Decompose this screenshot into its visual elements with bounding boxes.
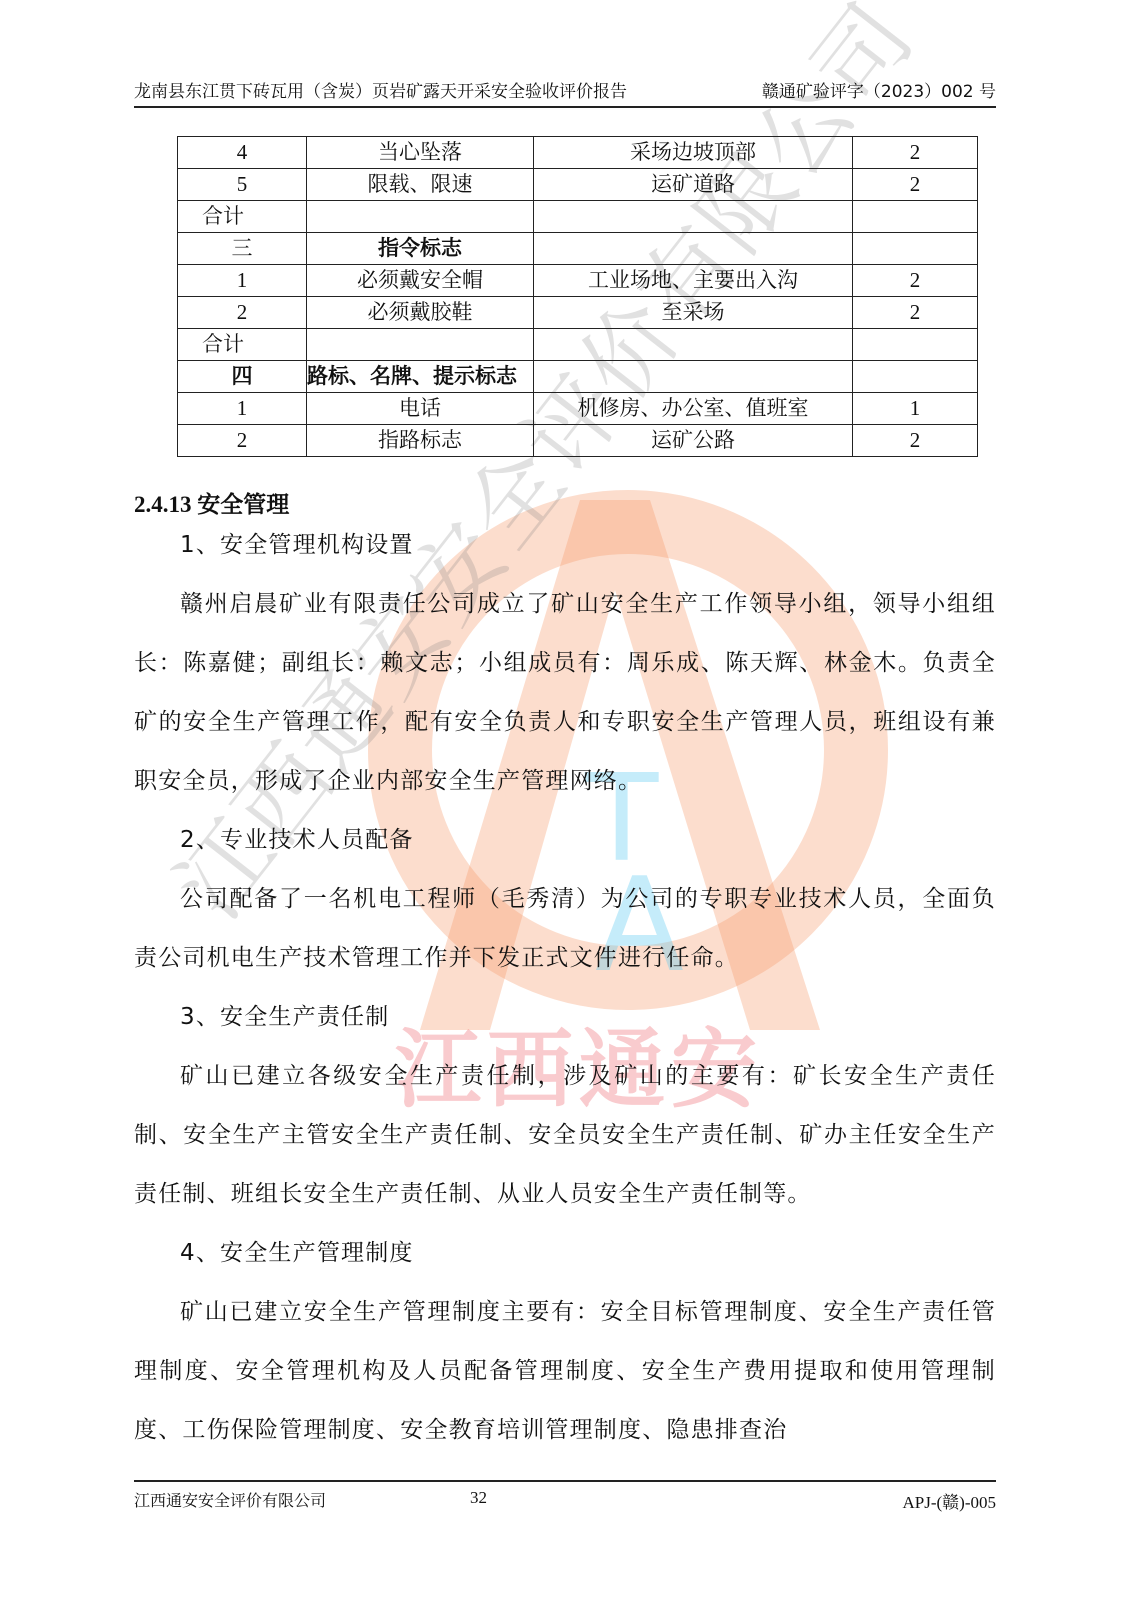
cell-qty: 2 <box>853 425 978 457</box>
cell-qty <box>853 361 978 393</box>
cell-no: 5 <box>178 169 307 201</box>
cell-name <box>307 201 534 233</box>
table-row-section: 四 路标、名牌、提示标志 <box>178 361 978 393</box>
cell-qty: 2 <box>853 169 978 201</box>
cell-qty: 2 <box>853 265 978 297</box>
cell-no: 1 <box>178 265 307 297</box>
paragraph: 矿山已建立各级安全生产责任制，涉及矿山的主要有：矿长安全生产责任制、安全生产主管… <box>134 1047 996 1224</box>
cell-total-label: 合计 <box>178 201 307 233</box>
section-heading: 2.4.13 安全管理 <box>134 486 289 519</box>
page-header: 龙南县东江贯下砖瓦用（含炭）页岩矿露天开采安全验收评价报告 赣通矿验评字（202… <box>134 80 996 108</box>
table-row-total: 合计 <box>178 329 978 361</box>
footer-company: 江西通安安全评价有限公司 <box>134 1488 326 1511</box>
cell-location <box>534 201 853 233</box>
form-code: APJ-(赣)-005 <box>903 1488 997 1513</box>
cell-location: 工业场地、主要出入沟 <box>534 265 853 297</box>
cell-no: 1 <box>178 393 307 425</box>
cell-no: 4 <box>178 137 307 169</box>
table-row: 1 必须戴安全帽 工业场地、主要出入沟 2 <box>178 265 978 297</box>
document-number: 赣通矿验评字（2023）002 号 <box>762 77 996 102</box>
subsection-heading: 1、安全管理机构设置 <box>134 516 996 575</box>
section-number: 2.4.13 <box>134 492 192 517</box>
subsection-heading: 4、安全生产管理制度 <box>134 1224 996 1283</box>
table-row: 4 当心坠落 采场边坡顶部 2 <box>178 137 978 169</box>
cell-name: 电话 <box>307 393 534 425</box>
page-number: 32 <box>470 1488 487 1508</box>
cell-qty <box>853 201 978 233</box>
cell-location: 至采场 <box>534 297 853 329</box>
cell-name: 必须戴安全帽 <box>307 265 534 297</box>
cell-name: 限载、限速 <box>307 169 534 201</box>
cell-location: 采场边坡顶部 <box>534 137 853 169</box>
section-body: 1、安全管理机构设置 赣州启晨矿业有限责任公司成立了矿山安全生产工作领导小组，领… <box>134 516 996 1460</box>
cell-location <box>534 233 853 265</box>
cell-qty: 1 <box>853 393 978 425</box>
subsection-heading: 3、安全生产责任制 <box>134 988 996 1047</box>
paragraph: 矿山已建立安全生产管理制度主要有：安全目标管理制度、安全生产责任管理制度、安全管… <box>134 1283 996 1460</box>
cell-total-label: 合计 <box>178 329 307 361</box>
report-title: 龙南县东江贯下砖瓦用（含炭）页岩矿露天开采安全验收评价报告 <box>134 77 627 102</box>
table-row: 2 必须戴胶鞋 至采场 2 <box>178 297 978 329</box>
subsection-heading: 2、专业技术人员配备 <box>134 811 996 870</box>
cell-no: 2 <box>178 425 307 457</box>
table-row-section: 三 指令标志 <box>178 233 978 265</box>
cell-section-title: 路标、名牌、提示标志 <box>307 361 534 393</box>
table-row: 5 限载、限速 运矿道路 2 <box>178 169 978 201</box>
page-footer: 江西通安安全评价有限公司 32 APJ-(赣)-005 <box>134 1480 996 1508</box>
cell-no: 2 <box>178 297 307 329</box>
cell-location <box>534 361 853 393</box>
paragraph: 赣州启晨矿业有限责任公司成立了矿山安全生产工作领导小组，领导小组组长：陈嘉健；副… <box>134 575 996 811</box>
table-row: 2 指路标志 运矿公路 2 <box>178 425 978 457</box>
safety-signs-table: 4 当心坠落 采场边坡顶部 2 5 限载、限速 运矿道路 2 合计 三 指令标志 <box>177 136 978 457</box>
table-row-total: 合计 <box>178 201 978 233</box>
cell-location: 运矿道路 <box>534 169 853 201</box>
cell-section-no: 四 <box>178 361 307 393</box>
cell-name: 当心坠落 <box>307 137 534 169</box>
cell-section-title: 指令标志 <box>307 233 534 265</box>
cell-qty <box>853 233 978 265</box>
table-row: 1 电话 机修房、办公室、值班室 1 <box>178 393 978 425</box>
section-title: 安全管理 <box>197 492 289 518</box>
cell-location: 运矿公路 <box>534 425 853 457</box>
cell-qty <box>853 329 978 361</box>
paragraph: 公司配备了一名机电工程师（毛秀清）为公司的专职专业技术人员，全面负责公司机电生产… <box>134 870 996 988</box>
cell-name: 指路标志 <box>307 425 534 457</box>
cell-location: 机修房、办公室、值班室 <box>534 393 853 425</box>
cell-section-no: 三 <box>178 233 307 265</box>
cell-qty: 2 <box>853 297 978 329</box>
cell-qty: 2 <box>853 137 978 169</box>
cell-name: 必须戴胶鞋 <box>307 297 534 329</box>
cell-name <box>307 329 534 361</box>
document-page: T A 江西通安安全评价有限公司 江西通安 龙南县东江贯下砖瓦用（含炭）页岩矿露… <box>0 0 1130 1600</box>
cell-location <box>534 329 853 361</box>
